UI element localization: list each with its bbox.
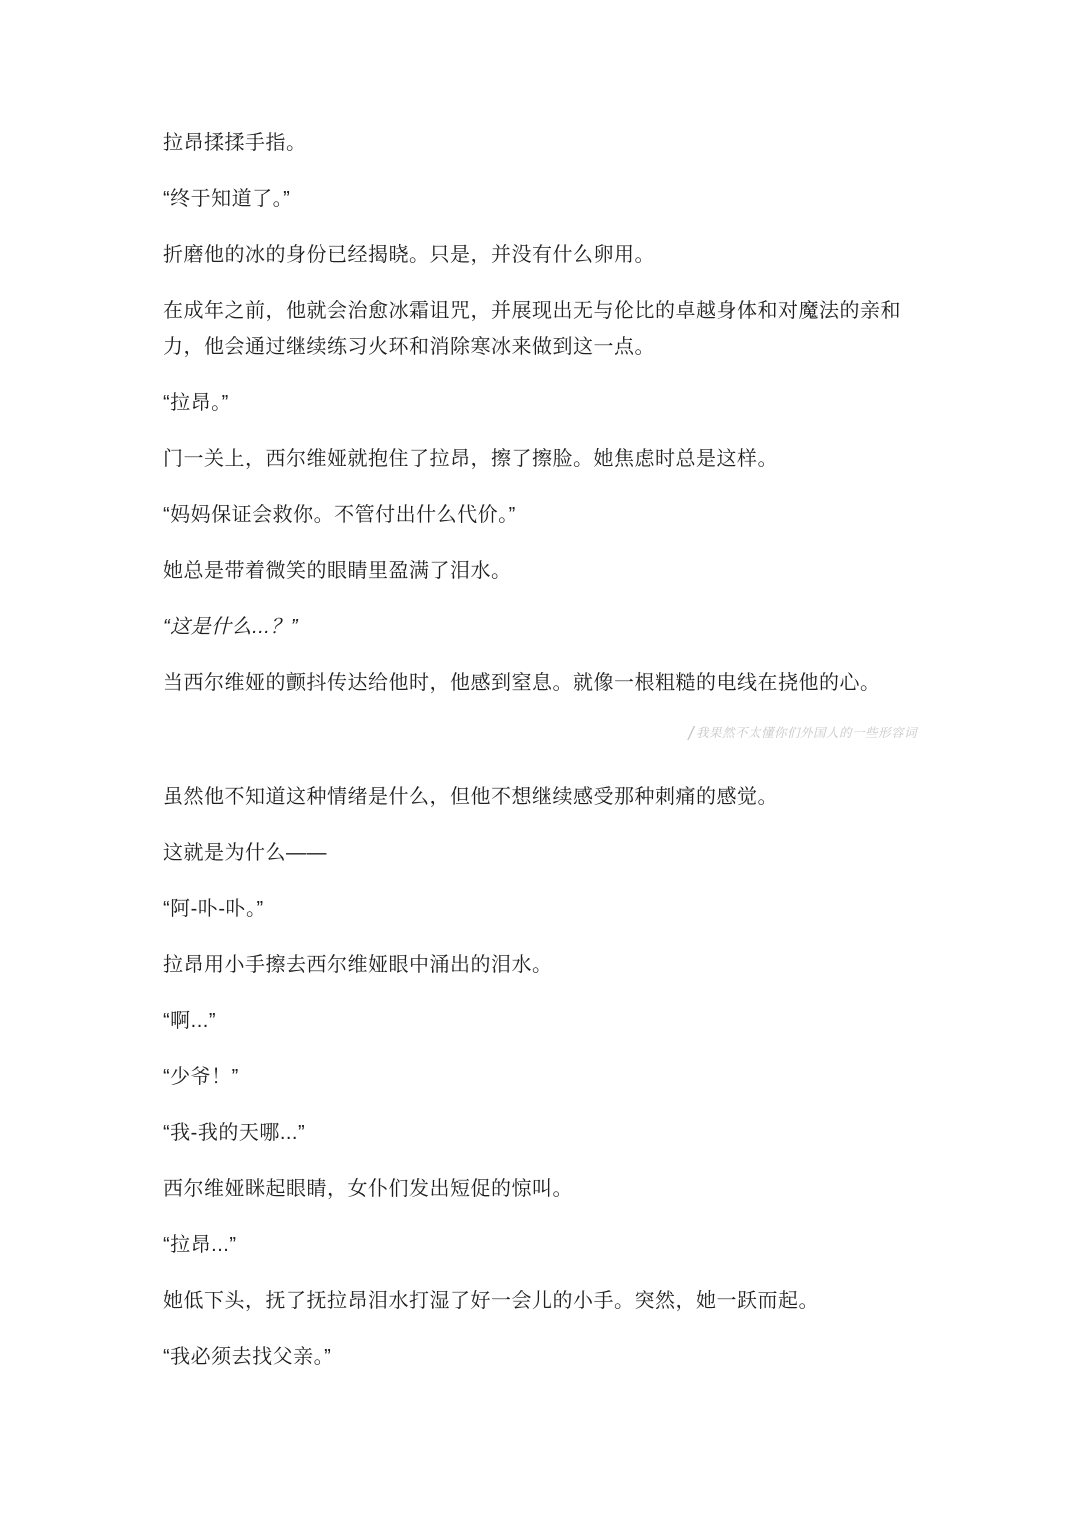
annotation-text: 我果然不太懂你们外国人的一些形容词 (696, 726, 917, 740)
paragraph: “拉昂...” (163, 1227, 935, 1263)
annotation-slash: / (688, 724, 694, 745)
paragraph: 她总是带着微笑的眼睛里盈满了泪水。 (163, 553, 935, 589)
translator-annotation: /我果然不太懂你们外国人的一些形容词 (163, 721, 917, 747)
paragraph: 门一关上，西尔维娅就抱住了拉昂，擦了擦脸。她焦虑时总是这样。 (163, 441, 935, 477)
paragraph: 虽然他不知道这种情绪是什么，但他不想继续感受那种刺痛的感觉。 (163, 779, 935, 815)
paragraph: 这就是为什么—— (163, 835, 935, 871)
paragraph: 在成年之前，他就会治愈冰霜诅咒，并展现出无与伦比的卓越身体和对魔法的亲和力，他会… (163, 293, 935, 365)
paragraph: 拉昂揉揉手指。 (163, 125, 935, 161)
paragraph: “拉昂。” (163, 385, 935, 421)
paragraph: 拉昂用小手擦去西尔维娅眼中涌出的泪水。 (163, 947, 935, 983)
paragraph: “终于知道了。” (163, 181, 935, 217)
paragraph-italic-dialogue: “这是什么...？” (163, 609, 935, 645)
novel-reader-page: 拉昂揉揉手指。“终于知道了。”折磨他的冰的身份已经揭晓。只是，并没有什么卵用。在… (0, 0, 1074, 1519)
paragraph: “我-我的天哪...” (163, 1115, 935, 1151)
paragraph: 她低下头，抚了抚拉昂泪水打湿了好一会儿的小手。突然，她一跃而起。 (163, 1283, 935, 1319)
paragraph: “啊...” (163, 1003, 935, 1039)
paragraph: 当西尔维娅的颤抖传达给他时，他感到窒息。就像一根粗糙的电线在挠他的心。 (163, 665, 935, 701)
paragraph: “妈妈保证会救你。不管付出什么代价。” (163, 497, 935, 533)
paragraph: “少爷！” (163, 1059, 935, 1095)
novel-text-content: 拉昂揉揉手指。“终于知道了。”折磨他的冰的身份已经揭晓。只是，并没有什么卵用。在… (163, 125, 935, 1395)
paragraph: “阿-卟-卟。” (163, 891, 935, 927)
paragraph: 西尔维娅眯起眼睛，女仆们发出短促的惊叫。 (163, 1171, 935, 1207)
paragraph: 折磨他的冰的身份已经揭晓。只是，并没有什么卵用。 (163, 237, 935, 273)
paragraph: “我必须去找父亲。” (163, 1339, 935, 1375)
